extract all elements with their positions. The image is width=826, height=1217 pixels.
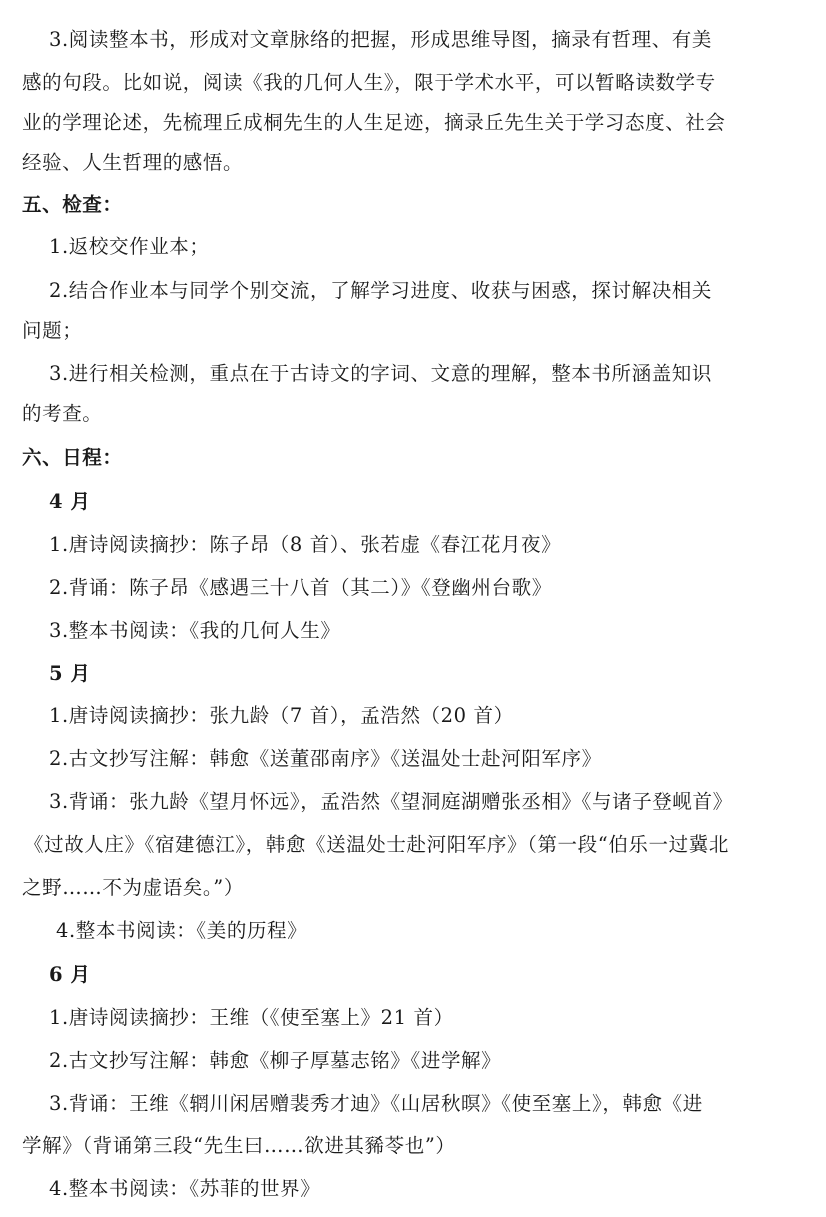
text-line: 1.唐诗阅读摘抄：张九龄（7 首），孟浩然（20 首） <box>49 703 514 729</box>
text-line: 经验、人生哲理的感悟。 <box>22 150 243 176</box>
text-line: 4.整本书阅读：《美的历程》 <box>56 918 307 944</box>
text-line: 2.背诵：陈子昂《感遇三十八首（其二）》《登幽州台歌》 <box>49 575 552 601</box>
section-heading: 5 月 <box>49 661 91 687</box>
text-line: 1.唐诗阅读摘抄：王维（《使至塞上》21 首） <box>49 1005 454 1031</box>
text-line: 3.背诵：王维《辋川闲居赠裴秀才迪》《山居秋暝》《使至塞上》，韩愈《进 <box>49 1091 703 1117</box>
text-line: 的考查。 <box>22 401 102 427</box>
section-heading: 6 月 <box>49 962 91 988</box>
text-line: 《过故人庄》《宿建德江》，韩愈《送温处士赴河阳军序》（第一段“伯乐一过冀北 <box>24 832 729 858</box>
text-line: 3.背诵：张九龄《望月怀远》，孟浩然《望洞庭湖赠张丞相》《与诸子登岘首》 <box>49 789 733 815</box>
text-line: 1.唐诗阅读摘抄：陈子昂（8 首）、张若虚《春江花月夜》 <box>49 532 561 558</box>
section-heading: 4 月 <box>49 489 91 515</box>
text-line: 3.阅读整本书，形成对文章脉络的把握，形成思维导图，摘录有哲理、有美 <box>49 27 712 53</box>
section-heading: 六、日程： <box>22 445 123 471</box>
text-line: 2.结合作业本与同学个别交流，了解学习进度、收获与困惑，探讨解决相关 <box>49 278 712 304</box>
text-line: 感的句段。比如说，阅读《我的几何人生》，限于学术水平，可以暂略读数学专 <box>22 70 716 96</box>
text-line: 3.进行相关检测，重点在于古诗文的字词、文意的理解，整本书所涵盖知识 <box>49 361 712 387</box>
text-line: 3.整本书阅读：《我的几何人生》 <box>49 618 340 644</box>
text-line: 问题； <box>22 318 82 344</box>
text-line: 1.返校交作业本； <box>49 234 210 260</box>
text-line: 之野……不为虚语矣。”） <box>22 875 244 901</box>
text-line: 2.古文抄写注解：韩愈《柳子厚墓志铭》《进学解》 <box>49 1048 501 1074</box>
text-line: 2.古文抄写注解：韩愈《送董邵南序》《送温处士赴河阳军序》 <box>49 746 602 772</box>
text-line: 业的学理论述，先梳理丘成桐先生的人生足迹，摘录丘先生关于学习态度、社会 <box>22 110 726 136</box>
text-line: 4.整本书阅读：《苏菲的世界》 <box>49 1176 320 1202</box>
section-heading: 五、检查： <box>22 192 123 218</box>
text-line: 学解》（背诵第三段“先生曰……欲进其豨苓也”） <box>22 1133 456 1159</box>
